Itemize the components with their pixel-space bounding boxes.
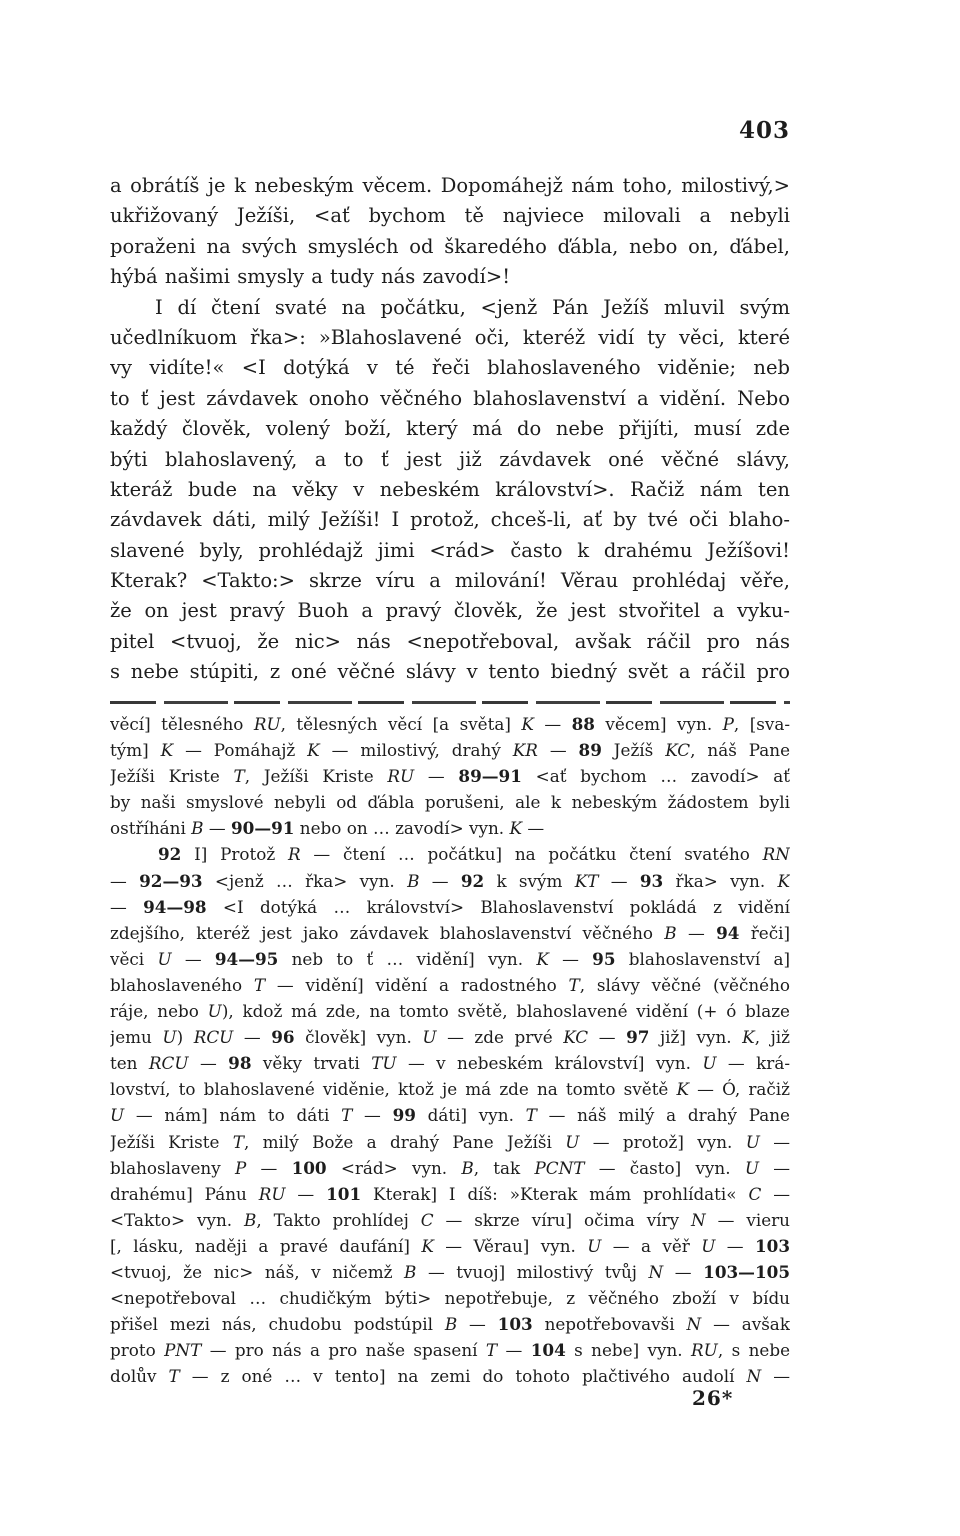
apparatus-text: <rád> vyn.	[327, 1158, 462, 1178]
apparatus-text: — Pomáhajž	[173, 740, 307, 760]
manuscript-siglum: T	[169, 1366, 180, 1386]
manuscript-siglum: RU	[254, 714, 281, 734]
manuscript-siglum: K	[421, 1236, 434, 1256]
text-run: to ť jest závdavek onoho věčného blahosl…	[110, 387, 790, 410]
apparatus-text: — zde prvé	[437, 1027, 564, 1047]
line-ref-number: 97	[626, 1027, 649, 1047]
apparatus-text: , tak	[474, 1158, 535, 1178]
line-ref-number: 90—91	[231, 818, 295, 838]
apparatus-text: —	[598, 871, 639, 891]
apparatus-line: 92 I] Protož R — čtení … počátku] na poč…	[110, 841, 790, 867]
text-run: vy vidíte!« <I dotýká v té řeči blahosla…	[110, 356, 790, 379]
manuscript-siglum: KR	[513, 740, 538, 760]
text-line: závdavek dáti, milý Ježíši! I protož, ch…	[110, 505, 790, 535]
apparatus-text: blahoslaveny	[110, 1158, 235, 1178]
text-run: kteráž bude na věky v nebeském královstv…	[110, 478, 790, 501]
apparatus-line: zdejšího, kteréž jest jako závdavek blah…	[110, 920, 790, 946]
apparatus-line: — 94—98 <I dotýká … království> Blahosla…	[110, 894, 790, 920]
apparatus-line: Ježíši Kriste T, Ježíši Kriste RU — 89—9…	[110, 763, 790, 789]
text-line: 95to ť jest závdavek onoho věčného blaho…	[110, 384, 790, 414]
manuscript-siglum: RU	[691, 1340, 718, 1360]
manuscript-siglum: T	[233, 1132, 244, 1152]
apparatus-text: —	[457, 1314, 498, 1334]
apparatus-text: I] Protož	[181, 844, 288, 864]
apparatus-text: přišel mezi nás, chudobu podstúpil	[110, 1314, 445, 1334]
apparatus-text: —	[286, 1184, 327, 1204]
line-ref-number: 101	[326, 1184, 361, 1204]
apparatus-text: věcí] tělesného	[110, 714, 254, 734]
apparatus-text: blahoslavenství a]	[616, 949, 790, 969]
apparatus-text: Ježíši Kriste	[110, 1132, 233, 1152]
apparatus-text: proto	[110, 1340, 164, 1360]
text-line: býti blahoslavený, a to ť jest již závda…	[110, 445, 790, 475]
text-run: že on jest pravý Buoh a pravý člověk, že…	[110, 599, 790, 622]
text-line: ukřižovaný Ježíši, <ať bychom tě najviec…	[110, 201, 790, 231]
manuscript-siglum: U	[565, 1132, 579, 1152]
apparatus-line: ten RCU — 98 věky trvati TU — v nebeském…	[110, 1050, 790, 1076]
apparatus-text: —	[172, 949, 215, 969]
apparatus-line: <nepotřeboval … chudičkým býti> nepotřeb…	[110, 1285, 790, 1311]
apparatus-text: , tělesných věcí [a světa]	[281, 714, 522, 734]
apparatus-line: ostříháni B — 90—91 nebo on … zavodí> vy…	[110, 815, 790, 841]
manuscript-siglum: U	[157, 949, 171, 969]
apparatus-text: jemu	[110, 1027, 162, 1047]
apparatus-line: lovství, to blahoslavené viděnie, ktož j…	[110, 1076, 790, 1102]
apparatus-line: tým] K — Pomáhajž K — milostivý, drahý K…	[110, 737, 790, 763]
manuscript-siglum: B	[191, 818, 203, 838]
apparatus-text: , s nebe	[718, 1340, 790, 1360]
apparatus-text: — často] vyn.	[584, 1158, 744, 1178]
line-ref-number: 103	[498, 1314, 533, 1334]
line-ref-number: 99	[393, 1105, 416, 1125]
apparatus-text: — milostivý, drahý	[320, 740, 513, 760]
manuscript-siglum: U	[746, 1132, 760, 1152]
line-ref-number: 96	[271, 1027, 294, 1047]
text-run: Kterak? <Takto:> skrze víru a milování! …	[110, 569, 790, 592]
manuscript-siglum: K	[509, 818, 522, 838]
apparatus-text: — protož] vyn.	[579, 1132, 745, 1152]
apparatus-text: —	[419, 871, 460, 891]
manuscript-siglum: K	[742, 1027, 755, 1047]
apparatus-block: věcí] tělesného RU, tělesných věcí [a sv…	[110, 711, 790, 1389]
manuscript-siglum: C	[421, 1210, 434, 1230]
apparatus-text: , Takto prohlídej	[256, 1210, 420, 1230]
apparatus-text: — nám] nám to dáti	[124, 1105, 341, 1125]
apparatus-text: již] vyn.	[649, 1027, 742, 1047]
manuscript-siglum: TU	[371, 1053, 396, 1073]
manuscript-siglum: RCU	[194, 1027, 234, 1047]
manuscript-siglum: N	[649, 1262, 664, 1282]
apparatus-line: jemu U) RCU — 96 člověk] vyn. U — zde pr…	[110, 1024, 790, 1050]
apparatus-line: drahému] Pánu RU — 101 Kterak] I díš: »K…	[110, 1181, 790, 1207]
main-text-block: a obrátíš je k nebeským věcem. Dopomáhej…	[110, 171, 790, 688]
text-line: Kterak? <Takto:> skrze víru a milování! …	[110, 566, 790, 596]
manuscript-siglum: PNT	[164, 1340, 201, 1360]
apparatus-text: nepotřebovavši	[533, 1314, 687, 1334]
apparatus-text: —	[414, 766, 458, 786]
apparatus-line: věci U — 94—95 neb to ť … vidění] vyn. K…	[110, 946, 790, 972]
apparatus-text: Kterak] I díš: »Kterak mám prohlídati«	[361, 1184, 748, 1204]
line-ref-number: 88	[572, 714, 595, 734]
manuscript-siglum: U	[701, 1236, 715, 1256]
manuscript-siglum: K	[161, 740, 174, 760]
apparatus-text: [, lásku, naději a pravé daufání]	[110, 1236, 421, 1256]
apparatus-text: <I dotýká … království> Blahoslavenství …	[207, 897, 790, 917]
apparatus-text: řeči]	[739, 923, 790, 943]
text-run: hýbá našimi smysly a tudy nás zavodí>!	[110, 265, 510, 288]
manuscript-siglum: KC	[563, 1027, 588, 1047]
manuscript-siglum: T	[234, 766, 245, 786]
text-run: závdavek dáti, milý Ježíši! I protož, ch…	[110, 508, 790, 531]
apparatus-text: —	[189, 1053, 229, 1073]
separator-rule	[110, 701, 790, 704]
apparatus-text: <jenž … řka> vyn.	[203, 871, 407, 891]
apparatus-text: Ježíš	[602, 740, 665, 760]
apparatus-text: řka> vyn.	[663, 871, 777, 891]
apparatus-text: věci	[110, 949, 157, 969]
manuscript-siglum: T	[486, 1340, 497, 1360]
text-run: poraženi na svých smysléch od škaredého …	[110, 235, 790, 258]
apparatus-text: — Ó, račiž	[689, 1079, 790, 1099]
apparatus-text: <ať bychom … zavodí> ať	[522, 766, 790, 786]
text-line: 100slavené byly, prohlédajž jimi <rád> č…	[110, 536, 790, 566]
apparatus-text: dolův	[110, 1366, 169, 1386]
apparatus-text: —	[352, 1105, 392, 1125]
apparatus-line: dolův T — z oné … v tento] na zemi do to…	[110, 1363, 790, 1389]
line-ref-number: 94—98	[143, 897, 207, 917]
text-line: I dí čtení svaté na počátku, <jenž Pán J…	[110, 293, 790, 323]
apparatus-line: [, lásku, naději a pravé daufání] K — Vě…	[110, 1233, 790, 1259]
apparatus-text: —	[588, 1027, 626, 1047]
apparatus-line: blahoslaveny P — 100 <rád> vyn. B, tak P…	[110, 1155, 790, 1181]
manuscript-siglum: T	[341, 1105, 352, 1125]
manuscript-siglum: R	[288, 844, 301, 864]
apparatus-text: —	[677, 923, 716, 943]
text-line: a obrátíš je k nebeským věcem. Dopomáhej…	[110, 171, 790, 201]
apparatus-text: , slávy věčné (věčného	[580, 975, 790, 995]
apparatus-text: , milý Bože a drahý Pane Ježíši	[244, 1132, 565, 1152]
line-ref-number: 104	[531, 1340, 566, 1360]
apparatus-text: — tvuoj] milostivý tvůj	[416, 1262, 648, 1282]
apparatus-text: —	[233, 1027, 271, 1047]
manuscript-siglum: N	[687, 1314, 702, 1334]
text-line: kteráž bude na věky v nebeském královstv…	[110, 475, 790, 505]
apparatus-text: — z oné … v tento] na zemi do tohoto pla…	[180, 1366, 747, 1386]
page-number: 403	[110, 117, 790, 144]
apparatus-text: — v nebeském království] vyn.	[397, 1053, 703, 1073]
apparatus-text: tým]	[110, 740, 161, 760]
manuscript-siglum: U	[745, 1158, 759, 1178]
apparatus-text: —	[549, 949, 592, 969]
line-ref-number: 94—95	[215, 949, 279, 969]
text-run: býti blahoslavený, a to ť jest již závda…	[110, 448, 790, 471]
text-run: slavené byly, prohlédajž jimi <rád> čast…	[110, 539, 790, 562]
text-line: 90poraženi na svých smysléch od škaredéh…	[110, 232, 790, 262]
text-line: každý člověk, volený boží, který má do n…	[110, 414, 790, 444]
manuscript-siglum: RN	[763, 844, 790, 864]
apparatus-line: proto PNT — pro nás a pro naše spasení T…	[110, 1337, 790, 1363]
apparatus-text: —	[522, 818, 544, 838]
apparatus-text: —	[760, 1132, 790, 1152]
text-run: každý člověk, volený boží, který má do n…	[110, 417, 790, 440]
line-ref-number: 89—91	[458, 766, 522, 786]
apparatus-text: , již	[755, 1027, 790, 1047]
manuscript-siglum: KT	[575, 871, 599, 891]
apparatus-text: )	[177, 1027, 194, 1047]
apparatus-text: —	[110, 871, 139, 891]
apparatus-text: —	[538, 740, 579, 760]
manuscript-siglum: U	[208, 1001, 222, 1021]
apparatus-text: —	[715, 1236, 755, 1256]
apparatus-line: ráje, nebo U), kdož má zde, na tomto svě…	[110, 998, 790, 1024]
manuscript-siglum: B	[445, 1314, 457, 1334]
apparatus-text: — a věř	[601, 1236, 701, 1256]
text-line: že on jest pravý Buoh a pravý člověk, že…	[110, 596, 790, 626]
manuscript-siglum: C	[748, 1184, 761, 1204]
manuscript-siglum: U	[110, 1105, 124, 1125]
apparatus-text: —	[534, 714, 572, 734]
apparatus-text: drahému] Pánu	[110, 1184, 259, 1204]
apparatus-text: —	[110, 897, 143, 917]
manuscript-siglum: B	[404, 1262, 416, 1282]
manuscript-siglum: B	[664, 923, 676, 943]
manuscript-siglum: U	[162, 1027, 176, 1047]
apparatus-text: dáti] vyn.	[416, 1105, 526, 1125]
apparatus-text: , náš Pane	[690, 740, 790, 760]
manuscript-siglum: T	[526, 1105, 537, 1125]
line-ref-number: 98	[228, 1053, 251, 1073]
apparatus-text: by naši smyslové nebyli od ďábla porušen…	[110, 792, 790, 812]
apparatus-text: zdejšího, kteréž jest jako závdavek blah…	[110, 923, 664, 943]
apparatus-text: , Ježíši Kriste	[245, 766, 388, 786]
apparatus-text: —	[761, 1366, 790, 1386]
line-ref-number: 92—93	[139, 871, 203, 891]
apparatus-text: <tvuoj, že nic> náš, v ničemž	[110, 1262, 404, 1282]
manuscript-siglum: RU	[259, 1184, 286, 1204]
apparatus-text: nebo on … zavodí> vyn.	[294, 818, 509, 838]
text-line: učedlníkuom řka>: »Blahoslavené oči, kte…	[110, 323, 790, 353]
printers-signature: 26*	[692, 1386, 733, 1410]
apparatus-line: by naši smyslové nebyli od ďábla porušen…	[110, 789, 790, 815]
apparatus-text: člověk] vyn.	[295, 1027, 423, 1047]
apparatus-text: k svým	[484, 871, 575, 891]
text-run: I dí čtení svaté na počátku, <jenž Pán J…	[155, 296, 790, 319]
apparatus-text: — čtení … počátku] na počátku čtení svat…	[301, 844, 763, 864]
apparatus-text: ostříháni	[110, 818, 191, 838]
manuscript-siglum: KC	[665, 740, 690, 760]
apparatus-text: —	[663, 1262, 703, 1282]
apparatus-text: ráje, nebo	[110, 1001, 208, 1021]
apparatus-text: —	[204, 818, 231, 838]
apparatus-text: lovství, to blahoslavené viděnie, ktož j…	[110, 1079, 677, 1099]
apparatus-line: blahoslaveného T — vidění] vidění a rado…	[110, 972, 790, 998]
manuscript-siglum: P	[723, 714, 734, 734]
apparatus-text: — Věrau] vyn.	[434, 1236, 587, 1256]
manuscript-siglum: K	[777, 871, 790, 891]
apparatus-line: přišel mezi nás, chudobu podstúpil B — 1…	[110, 1311, 790, 1337]
apparatus-text: věcem] vyn.	[595, 714, 723, 734]
text-run: učedlníkuom řka>: »Blahoslavené oči, kte…	[110, 326, 790, 349]
line-ref-number: 95	[592, 949, 615, 969]
text-line: vy vidíte!« <I dotýká v té řeči blahosla…	[110, 353, 790, 383]
apparatus-text: —	[497, 1340, 531, 1360]
manuscript-siglum: U	[422, 1027, 436, 1047]
manuscript-siglum: RCU	[149, 1053, 189, 1073]
text-line: s nebe stúpiti, z oné věčné slávy v tent…	[110, 657, 790, 687]
manuscript-siglum: B	[407, 871, 419, 891]
apparatus-text: ), kdož má zde, na tomto světě, blahosla…	[222, 1001, 790, 1021]
apparatus-text: ten	[110, 1053, 149, 1073]
manuscript-siglum: B	[244, 1210, 256, 1230]
manuscript-siglum: N	[746, 1366, 761, 1386]
manuscript-siglum: T	[254, 975, 265, 995]
manuscript-siglum: PCNT	[534, 1158, 584, 1178]
manuscript-siglum: K	[521, 714, 534, 734]
apparatus-line: Ježíši Kriste T, milý Bože a drahý Pane …	[110, 1129, 790, 1155]
apparatus-text: — vieru	[706, 1210, 790, 1230]
text-run: pitel <tvuoj, že nic> nás <nepotřeboval,…	[110, 630, 790, 653]
line-ref-number: 89	[579, 740, 602, 760]
text-run: s nebe stúpiti, z oné věčné slávy v tent…	[110, 660, 790, 683]
apparatus-text: — avšak	[701, 1314, 790, 1334]
text-line: pitel <tvuoj, že nic> nás <nepotřeboval,…	[110, 627, 790, 657]
line-ref-number: 92	[158, 844, 181, 864]
apparatus-text: neb to ť … vidění] vyn.	[278, 949, 536, 969]
apparatus-text: — náš milý a drahý Pane	[537, 1105, 790, 1125]
line-ref-number: 92	[461, 871, 484, 891]
text-run: a obrátíš je k nebeským věcem. Dopomáhej…	[110, 174, 790, 197]
apparatus-text: — skrze víru] očima víry	[434, 1210, 691, 1230]
line-ref-number: 100	[292, 1158, 327, 1178]
line-ref-number: 94	[716, 923, 739, 943]
manuscript-siglum: RU	[387, 766, 414, 786]
manuscript-siglum: P	[235, 1158, 246, 1178]
apparatus-text: —	[246, 1158, 291, 1178]
manuscript-siglum: N	[691, 1210, 706, 1230]
manuscript-siglum: K	[307, 740, 320, 760]
text-line: hýbá našimi smysly a tudy nás zavodí>!	[110, 262, 790, 292]
apparatus-text: s nebe] vyn.	[566, 1340, 691, 1360]
apparatus-text: —	[759, 1158, 790, 1178]
manuscript-siglum: K	[536, 949, 549, 969]
apparatus-text: — vidění] vidění a radostného	[265, 975, 568, 995]
manuscript-siglum: U	[702, 1053, 716, 1073]
line-ref-number: 103—105	[703, 1262, 790, 1282]
apparatus-text: , [sva-	[734, 714, 790, 734]
apparatus-text: <nepotřeboval … chudičkým býti> nepotřeb…	[110, 1288, 790, 1308]
apparatus-text: Ježíši Kriste	[110, 766, 234, 786]
apparatus-text: — krá-	[717, 1053, 790, 1073]
apparatus-line: <Takto> vyn. B, Takto prohlídej C — skrz…	[110, 1207, 790, 1233]
manuscript-siglum: K	[677, 1079, 690, 1099]
manuscript-siglum: B	[461, 1158, 473, 1178]
manuscript-siglum: T	[569, 975, 580, 995]
apparatus-line: — 92—93 <jenž … řka> vyn. B — 92 k svým …	[110, 868, 790, 894]
apparatus-line: věcí] tělesného RU, tělesných věcí [a sv…	[110, 711, 790, 737]
apparatus-text: — pro nás a pro naše spasení	[201, 1340, 486, 1360]
apparatus-line: U — nám] nám to dáti T — 99 dáti] vyn. T…	[110, 1102, 790, 1128]
apparatus-line: <tvuoj, že nic> náš, v ničemž B — tvuoj]…	[110, 1259, 790, 1285]
apparatus-text: blahoslaveného	[110, 975, 254, 995]
manuscript-siglum: U	[587, 1236, 601, 1256]
apparatus-text: <Takto> vyn.	[110, 1210, 244, 1230]
line-ref-number: 93	[640, 871, 663, 891]
text-run: ukřižovaný Ježíši, <ať bychom tě najviec…	[110, 204, 790, 227]
apparatus-text: —	[761, 1184, 790, 1204]
apparatus-text: věky trvati	[252, 1053, 372, 1073]
line-ref-number: 103	[755, 1236, 790, 1256]
